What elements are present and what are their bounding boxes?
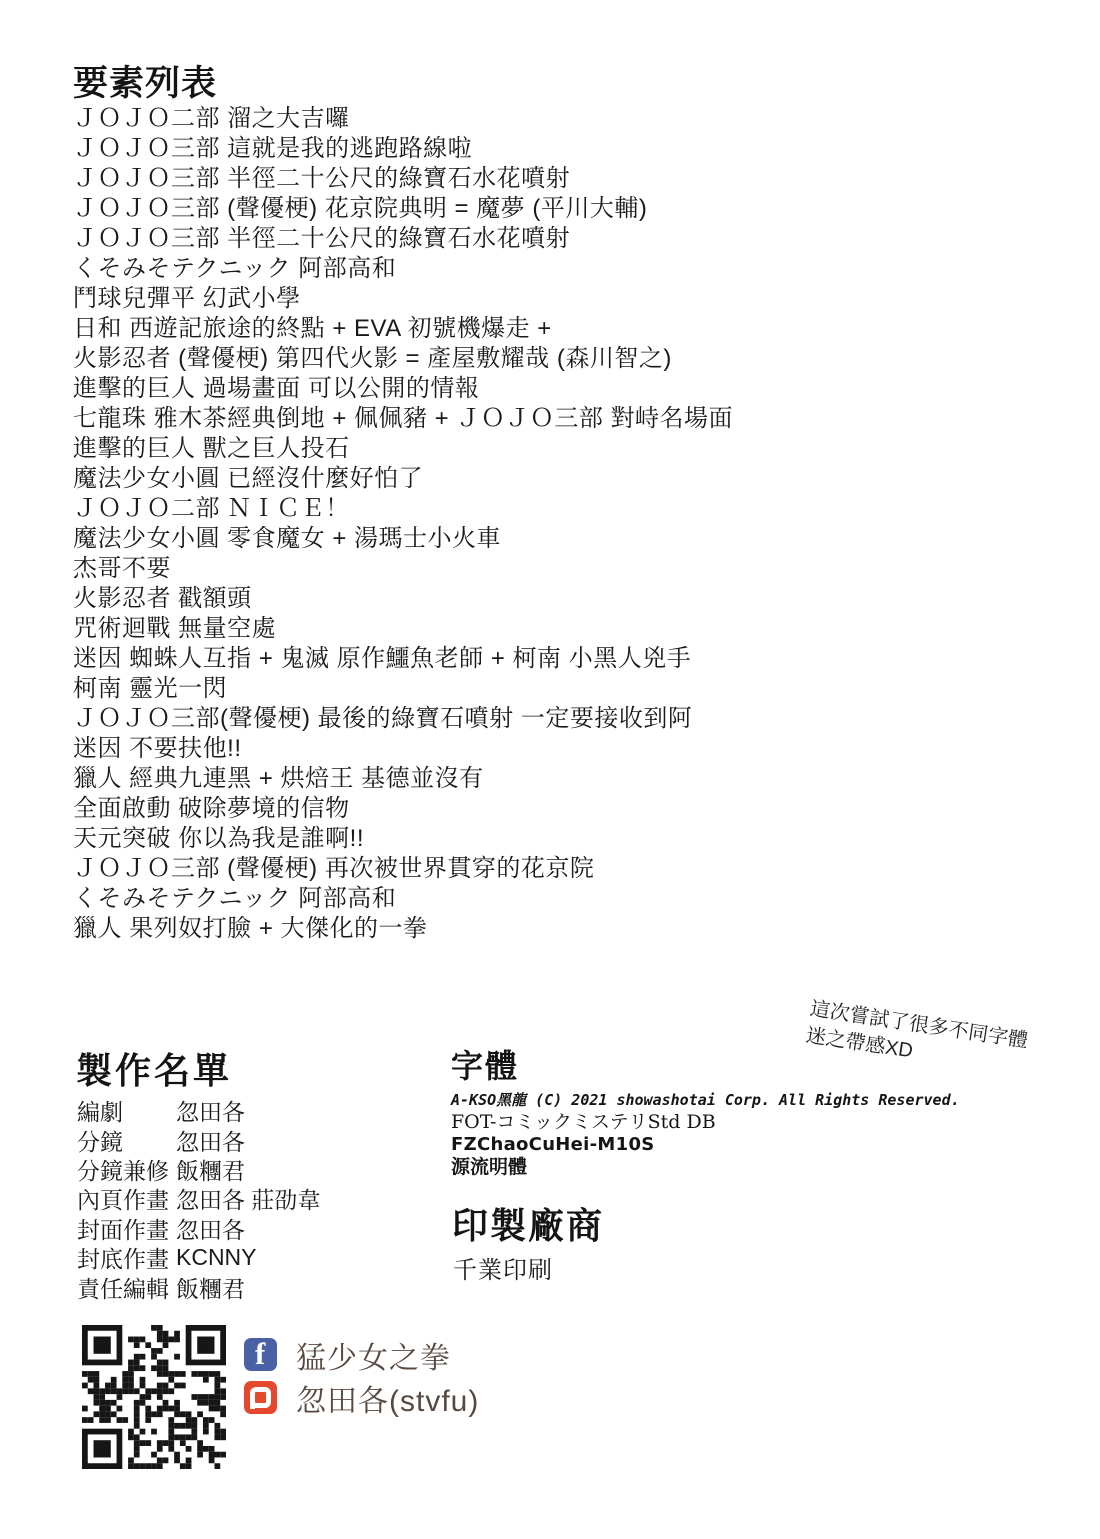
facebook-icon	[244, 1338, 277, 1371]
list-item: くそみそテクニック 阿部高和	[73, 884, 733, 914]
elements-heading: 要素列表	[73, 56, 217, 106]
printer-name: 千業印刷	[453, 1250, 553, 1285]
credit-name: KCNNY	[176, 1244, 257, 1271]
fonts-list: A-KSO黑龍 (C) 2021 showashotai Corp. All R…	[451, 1089, 1011, 1179]
credit-row: 封面作畫 忽田各	[77, 1214, 417, 1243]
credit-row: 責任編輯 飯糰君	[77, 1272, 417, 1301]
list-item: ＪＯＪＯ二部 ＮＩＣＥ！	[73, 494, 733, 524]
list-item: 天元突破 你以為我是誰啊!!	[73, 824, 733, 854]
list-item: ＪＯＪＯ三部 半徑二十公尺的綠寶石水花噴射	[73, 164, 733, 194]
font-entry: FOT-コミックミステリStd DB	[451, 1111, 1011, 1134]
credit-role: 責任編輯	[77, 1271, 176, 1304]
list-item: 進擊的巨人 獸之巨人投石	[73, 434, 733, 464]
list-item: 杰哥不要	[73, 554, 733, 584]
credit-row: 分鏡兼修 飯糰君	[77, 1155, 417, 1184]
list-item: ＪＯＪＯ三部 這就是我的逃跑路線啦	[73, 134, 733, 164]
credit-row: 編劇 忽田各	[77, 1096, 417, 1125]
list-item: 魔法少女小圓 已經沒什麼好怕了	[73, 464, 733, 494]
list-item: 獵人 果列奴打臉 + 大傑化的一拳	[73, 914, 733, 944]
credit-name: 飯糰君	[176, 1153, 245, 1186]
list-item: 進擊的巨人 過場畫面 可以公開的情報	[73, 374, 733, 404]
list-item: 咒術迴戰 無量空處	[73, 614, 733, 644]
list-item: ＪＯＪＯ三部 半徑二十公尺的綠寶石水花噴射	[73, 224, 733, 254]
list-item: ＪＯＪＯ二部 溜之大吉囉	[73, 104, 733, 134]
credit-role: 分鏡	[77, 1124, 176, 1157]
list-item: 柯南 靈光一閃	[73, 674, 733, 704]
page: 要素列表 ＪＯＪＯ二部 溜之大吉囉 ＪＯＪＯ三部 這就是我的逃跑路線啦 ＪＯＪＯ…	[0, 0, 1100, 1539]
credit-name: 忽田各	[176, 1124, 245, 1157]
social-links: 猛少女之拳 忽田各(stvfu)	[244, 1338, 479, 1424]
credit-role: 封面作畫	[77, 1212, 176, 1245]
list-item: 火影忍者 (聲優梗) 第四代火影 = 產屋敷耀哉 (森川智之)	[73, 344, 733, 374]
credits-list: 編劇 忽田各 分鏡 忽田各 分鏡兼修 飯糰君 內頁作畫 忽田各 莊劭韋 封面作畫…	[77, 1096, 417, 1302]
list-item: 全面啟動 破除夢境的信物	[73, 794, 733, 824]
list-item: 迷因 不要扶他!!	[73, 734, 733, 764]
font-entry: 源流明體	[451, 1156, 1011, 1179]
plurk-label: 忽田各(stvfu)	[296, 1376, 479, 1420]
credit-name: 飯糰君	[176, 1271, 245, 1304]
credit-role: 編劇	[77, 1094, 176, 1127]
credit-row: 內頁作畫 忽田各 莊劭韋	[77, 1184, 417, 1213]
list-item: 日和 西遊記旅途的終點 + EVA 初號機爆走 +	[73, 314, 733, 344]
plurk-icon	[244, 1381, 277, 1414]
fonts-heading: 字體	[451, 1041, 519, 1087]
list-item: ＪＯＪＯ三部 (聲優梗) 花京院典明 = 魔夢 (平川大輔)	[73, 194, 733, 224]
facebook-row: 猛少女之拳	[244, 1338, 479, 1371]
qr-code	[82, 1325, 226, 1469]
fonts-handwritten-note: 這次嘗試了很多不同字體 迷之帶感XD	[804, 996, 1069, 1088]
list-item: ＪＯＪＯ三部 (聲優梗) 再次被世界貫穿的花京院	[73, 854, 733, 884]
list-item: 獵人 經典九連黑 + 烘焙王 基德並沒有	[73, 764, 733, 794]
credits-heading: 製作名單	[76, 1043, 232, 1094]
list-item: 迷因 蜘蛛人互指 + 鬼滅 原作鱷魚老師 + 柯南 小黑人兇手	[73, 644, 733, 674]
credit-name: 忽田各 莊劭韋	[176, 1182, 320, 1215]
printer-heading: 印製廠商	[452, 1198, 604, 1249]
facebook-label: 猛少女之拳	[296, 1333, 451, 1377]
font-entry: FZChaoCuHei-M10S	[451, 1134, 1011, 1156]
list-item: 鬥球兒彈平 幻武小學	[73, 284, 733, 314]
list-item: 魔法少女小圓 零食魔女 + 湯瑪士小火車	[73, 524, 733, 554]
font-entry: A-KSO黑龍 (C) 2021 showashotai Corp. All R…	[451, 1089, 1011, 1111]
credit-name: 忽田各	[176, 1212, 245, 1245]
credit-role: 封底作畫	[77, 1241, 176, 1274]
list-item: 七龍珠 雅木茶經典倒地 + 佩佩豬 + ＪＯＪＯ三部 對峙名場面	[73, 404, 733, 434]
credit-role: 分鏡兼修	[77, 1153, 176, 1186]
credit-row: 分鏡 忽田各	[77, 1125, 417, 1154]
list-item: くそみそテクニック 阿部高和	[73, 254, 733, 284]
credit-row: 封底作畫 KCNNY	[77, 1243, 417, 1272]
credit-role: 內頁作畫	[77, 1182, 176, 1215]
list-item: ＪＯＪＯ三部(聲優梗) 最後的綠寶石噴射 一定要接收到阿	[73, 704, 733, 734]
credit-name: 忽田各	[176, 1094, 245, 1127]
elements-list: ＪＯＪＯ二部 溜之大吉囉 ＪＯＪＯ三部 這就是我的逃跑路線啦 ＪＯＪＯ三部 半徑…	[73, 104, 733, 944]
plurk-row: 忽田各(stvfu)	[244, 1381, 479, 1414]
list-item: 火影忍者 戳額頭	[73, 584, 733, 614]
